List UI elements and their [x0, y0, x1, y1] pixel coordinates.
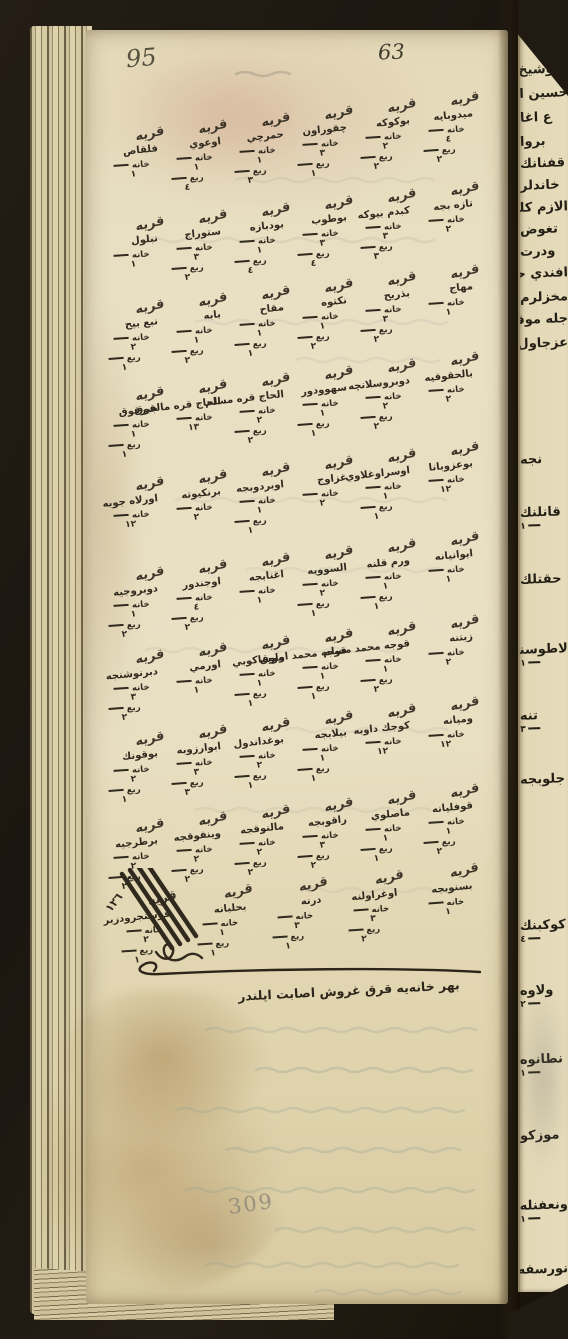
right-page-line-text: افندي حضرتلرينه [520, 265, 568, 282]
hane-count: خانه٤ [418, 125, 465, 147]
right-page-sliver: با وشيخحسين اغاع اغابرواقفنانكخاندلرالاز… [518, 34, 568, 1292]
hane-count: خانه٣ [330, 905, 390, 927]
register-cell: قريهميدوبايهخانه٤ريع٢ [419, 95, 480, 166]
stain-right-page [518, 984, 568, 1174]
tally-marks: ١٢٦ [106, 868, 216, 978]
hane-value: ١٢ [104, 520, 137, 532]
register-cell: قريهراقوبجهخانه٣ريع٢ [293, 801, 354, 872]
register-cell: قريهالسوويهخانه٢ريع١ [293, 549, 354, 620]
right-page-line: ع اغا [520, 109, 568, 126]
hane-count: خانه٣ [292, 139, 339, 161]
rue-count: ريع٢ [355, 413, 393, 434]
hane-count: خانه١ [229, 669, 276, 691]
hane-count: خانه٣ [292, 831, 339, 853]
right-page-line: تغوض [520, 221, 568, 238]
register-row: قريهبوعزوباناخانه١٢قريهاوسراوغلاويخانه١ر… [104, 445, 480, 516]
right-page-line: الازم كلكله [520, 199, 568, 216]
right-page-line-text: قفنانك [520, 155, 566, 172]
register-cell: قريهبوعزوباناخانه١٢ [419, 445, 480, 495]
rue-count: ريع٣ [355, 243, 393, 264]
hane-count: خانه٢ [292, 579, 339, 601]
register-cell: قريهاوعويخانه١ريع٤ [167, 123, 228, 194]
register-cell: قريهالحاج قره مسلمخانه٢ريع٢ [230, 376, 291, 447]
right-page-line-text: نورسفه [520, 1261, 568, 1278]
hane-count: خانه٢ [418, 648, 465, 670]
register-cell: قريهالحاج قره مالقوقخانه١٣ [167, 383, 228, 433]
book-scan: 95 63 قريهميدوبايهخانه٤ريع٢قريهبوكوكهخان… [0, 0, 568, 1339]
register-cell: قريهبودبازهخانه١ريع٤ [230, 206, 291, 277]
register-cell: قريهتازه بجهخانه٢ [419, 185, 480, 235]
right-page-line: ونعفنله١ [520, 1197, 568, 1225]
register-cell: قريهاغنابجهخانه١ [230, 556, 291, 606]
rue-value: ٢ [419, 156, 443, 167]
register-cell: قريهدوبروسلانچهخانه٢ريع٢ [356, 362, 417, 433]
rue-count: ريع٢ [292, 333, 330, 354]
rue-count: ريع٢ [418, 146, 456, 167]
hane-count: خانه١ [103, 420, 150, 442]
hane-value: ١ [104, 170, 137, 182]
hane-count: خانه١ [292, 399, 339, 421]
right-page-line: حقتلك [520, 571, 568, 588]
register-cell: قريهفلقاصخانه١ [104, 130, 165, 180]
right-page-line: نورسفه [520, 1261, 568, 1278]
register-cell: قريهقوجه محمد اولوقخانه١ريع١ [293, 632, 354, 703]
rue-count: ريع١ [355, 593, 393, 614]
hane-count: خانه٤ [166, 593, 213, 615]
rue-value: ١ [293, 170, 317, 181]
register-cell: قريهدرنهخانه٣ريع١ [255, 882, 329, 953]
right-page-line-text: عزجاول [520, 335, 568, 352]
hane-value: ١٢ [356, 747, 389, 759]
hane-count: خانه٣ [255, 912, 315, 934]
hane-count: خانه١ [229, 496, 276, 518]
register-cell: قريهبوغداندولخانه٢ريع١ [230, 721, 291, 792]
hane-count: خانه١٢ [355, 737, 402, 759]
rue-count: ريع١ [292, 160, 330, 181]
hane-value: ١ [406, 908, 451, 921]
right-page-line: جلوبجه [520, 771, 568, 788]
hane-count: خانه١ [406, 898, 466, 920]
register-cell: قريهاوغراولنهخانه٣ريع٢ [331, 875, 405, 946]
hane-count: خانه٢ [103, 765, 150, 787]
register-row: قريهقوفليانهخانه١ريع٢قريهماصلويخانه١ريع١… [104, 787, 480, 858]
hane-count: خانه٢ [418, 215, 465, 237]
register-cell: قريهبرنكيوتهخانه٢ [167, 473, 228, 523]
hane-count: خانه٣ [355, 222, 402, 244]
right-page-line-text: تنه [520, 708, 539, 724]
register-cell: قريهبسنوبجهخانه١ [406, 868, 480, 918]
register-row: قريهزيتنهخانه٢قريهقوجه محمد مسلمخانه١ريع… [104, 618, 480, 689]
hane-count: خانه٢ [292, 489, 339, 511]
rue-value: ٢ [356, 423, 380, 434]
register-cell: قريهقوجه محمد مسلمخانه١ريع٢ [356, 625, 417, 696]
gutter-shadow [498, 0, 520, 1339]
tally-strokes-icon [106, 868, 216, 978]
rue-value: ١ [356, 603, 380, 614]
right-page-line-text: بروا [520, 134, 546, 150]
right-page-line-text: ونعفنله [520, 1197, 568, 1214]
right-page-line-text: جلوبجه [520, 771, 565, 788]
right-page-line-text: حقتلك [520, 571, 562, 587]
hane-count: خانه١ [355, 482, 402, 504]
rue-count: ريع١ [292, 420, 330, 441]
rue-value: ٢ [356, 336, 380, 347]
rue-count: ريع٢ [330, 926, 381, 948]
register-row: قريهوميانهخانه١٢قريهكوجك داوبهخانه١٢قريه… [104, 700, 480, 771]
register-cell: قريهنكتوهخانه١ريع٢ [293, 282, 354, 353]
right-page-line-count: ٤ [520, 933, 568, 945]
hane-count: خانه١ [355, 824, 402, 846]
register-cell: قريهكوجك داوبهخانه١٢ [356, 707, 417, 757]
hane-value: ٢ [167, 513, 200, 525]
register-cell: قريهايوانيانهخانه١ [419, 535, 480, 585]
hane-count: خانه١ [229, 146, 276, 168]
right-page-line: قانلنك١ [520, 504, 568, 532]
rue-count: ريع٢ [355, 676, 393, 697]
rue-value: ٣ [356, 253, 380, 264]
register-cell: قريهحمرچيخانه١ريع٣ [230, 116, 291, 187]
hane-value: ١٢ [419, 740, 452, 752]
right-page-line: قفنانك [520, 155, 568, 172]
hane-count: خانه٣ [292, 229, 339, 251]
register-cell: قريهاورميخانه١ [167, 646, 228, 696]
rue-count: ريع٢ [355, 153, 393, 174]
hane-count: خانه٢ [166, 845, 213, 867]
right-page-line-count: ١ [520, 1213, 568, 1225]
right-page-line-text: الازم كلكله [520, 199, 568, 216]
hane-count: خانه١ [166, 153, 213, 175]
hane-count: خانه٢ [103, 333, 150, 355]
hane-count: خانه١ [355, 655, 402, 677]
hane-value: ١ [419, 308, 452, 320]
right-page-line-text: نجه [520, 452, 543, 468]
hane-count: خانه٢ [355, 392, 402, 414]
right-page-line: عزجاول [520, 335, 568, 352]
register-cell: قريهسهوودورخانه١ريع١ [293, 369, 354, 440]
hane-value: ٢ [419, 395, 452, 407]
register-cell: قريهمهاجخانه١ [419, 268, 480, 318]
rue-count: ريع١ [355, 845, 393, 866]
register-row: قريهايوانيانهخانه١قريهورم قلنهخانه١ريع١ق… [104, 535, 480, 606]
right-page-line-text: خاندلر [520, 177, 560, 193]
right-page-line-count: ١ [520, 520, 568, 532]
rue-value: ١ [356, 513, 380, 524]
hane-value: ١٢ [419, 485, 452, 497]
hane-count: خانه٣ [166, 243, 213, 265]
rue-value: ١ [293, 430, 317, 441]
register-cell: قريهچقوراونخانه٣ريع١ [293, 109, 354, 180]
hane-count: خانه١ [418, 298, 465, 320]
hane-value: ٢ [419, 658, 452, 670]
hane-count: خانه١ [103, 160, 150, 182]
hane-count: خانه١ [292, 662, 339, 684]
rue-count: ريع٢ [355, 326, 393, 347]
hane-count: خانه٢ [229, 406, 276, 428]
hane-count: خانه٢ [418, 385, 465, 407]
hane-value: ١ [230, 596, 263, 608]
rue-value: ٢ [293, 343, 317, 354]
hane-count: خانه٢ [229, 838, 276, 860]
rue-value: ٢ [356, 686, 380, 697]
village-register: قريهميدوبايهخانه٤ريع٢قريهبوكوكهخانه٢ريع٢… [104, 30, 480, 1304]
right-page-line-text: قانلنك [520, 504, 561, 520]
hane-value: ١ [419, 575, 452, 587]
register-cell: قريهبذريحخانه٣ريع٢ [356, 275, 417, 346]
right-page-line: مخزلرم [520, 289, 568, 306]
hane-count: خانه١٢ [103, 510, 150, 532]
register-cell: قريهورم قلنهخانه١ريع١ [356, 542, 417, 613]
right-page-line-text: ودرت [520, 244, 556, 260]
right-page-line: بروا [520, 133, 568, 150]
right-page-line-text: حسين اغا [520, 85, 568, 102]
right-page-line-count: ١ [520, 657, 568, 669]
rue-value: ٢ [356, 163, 380, 174]
right-page-line-text: مخزلرم [520, 289, 568, 306]
hane-count: خانه١٣ [166, 413, 213, 435]
right-page-line-text: تغوض [520, 222, 558, 238]
hane-value: ١٣ [167, 423, 200, 435]
register-row: قريهتازه بجهخانه٢قريهكبدم بيوكهخانه٣ريع٣… [104, 185, 480, 256]
rue-value: ١ [356, 855, 380, 866]
right-page-line-count: ٣ [520, 723, 568, 735]
hane-value: ٢ [419, 225, 452, 237]
register-cell: قريهاورلاه جوبهخانه١٢ [104, 480, 165, 530]
right-page-line-text: كوكبنك [520, 917, 566, 934]
rue-count: ريع١ [292, 765, 330, 786]
hane-count: خانه٢ [166, 503, 213, 525]
register-cell: قريهبالحقوقيهخانه٢ [419, 355, 480, 405]
rue-value: ٢ [419, 848, 443, 859]
register-row: قريهبالحقوقيهخانه٢قريهدوبروسلانچهخانه٢ري… [104, 355, 480, 426]
hane-count: خانه٢ [229, 751, 276, 773]
register-row: قريهمهاجخانه١قريهبذريحخانه٣ريع٢قريهنكتوه… [104, 268, 480, 339]
rue-count: ريع١ [355, 503, 393, 524]
rue-count: ريع٢ [418, 838, 456, 859]
register-cell: قريهغزاوجخانه٢ [293, 459, 354, 509]
hane-count: خانه١ [355, 572, 402, 594]
hane-count: خانه١ [229, 586, 276, 608]
right-page-line-text: ع اغا [520, 110, 552, 126]
right-page-line-text: جله موقتله [520, 311, 568, 328]
hane-count: خانه١ [166, 676, 213, 698]
right-page-line: افندي حضرتلرينه [520, 265, 568, 282]
register-cell: قريهكبدم بيوكهخانه٣ريع٣ [356, 192, 417, 263]
right-page-line: كوكبنك٤ [520, 917, 568, 945]
register-cell: قريهبوطوبخانه٣ريع٤ [293, 199, 354, 270]
register-cell: قريهبيلابجهخانه١ريع١ [293, 714, 354, 785]
hane-count: خانه٣ [355, 305, 402, 327]
right-page-line: تنه٣ [520, 707, 568, 735]
hane-count: خانه١ [229, 236, 276, 258]
register-cell: قريهزيتنهخانه٢ [419, 618, 480, 668]
hane-count: خانه٣ [166, 758, 213, 780]
page-edges-left [30, 26, 92, 1314]
left-page: 95 63 قريهميدوبايهخانه٤ريع٢قريهبوكوكهخان… [86, 30, 508, 1304]
right-page-line: جله موقتله [520, 311, 568, 328]
register-cell: قريهنبلولخانه١ [104, 220, 165, 270]
right-page-line: ودرت [520, 243, 568, 260]
hane-value: ٢ [293, 499, 326, 511]
hane-count: خانه١ [418, 817, 465, 839]
hane-count: خانه٢ [355, 132, 402, 154]
hane-count: خانه١ [166, 326, 213, 348]
register-cell: قريهقوفليانهخانه١ريع٢ [419, 787, 480, 858]
register-row: قريهميدوبايهخانه٤ريع٢قريهبوكوكهخانه٢ريع٢… [104, 95, 480, 166]
hane-count: خانه١٢ [418, 730, 465, 752]
register-cell: قريهبوكوكهخانه٢ريع٢ [356, 102, 417, 173]
hane-count: خانه١ [292, 312, 339, 334]
right-page-line: حسين اغا [520, 85, 568, 102]
rue-value: ٢ [331, 936, 367, 948]
hane-value: ١ [167, 686, 200, 698]
right-page-line: خاندلر [520, 177, 568, 194]
register-cell: قريهاوبردوبجهخانه١ريع١ [230, 466, 291, 537]
hane-count: خانه١٢ [418, 475, 465, 497]
right-page-line-text: لاطوسنه [520, 641, 568, 658]
register-cell: قريهوميانهخانه١٢ [419, 700, 480, 750]
register-cell: قريهمقاحخانه١ريع١ [230, 289, 291, 360]
hane-count: خانه١ [292, 744, 339, 766]
hane-count: خانه١ [229, 319, 276, 341]
right-page-line: نجه [520, 451, 568, 468]
rue-value: ١ [293, 775, 317, 786]
register-cell: قريهاوسراوغلاويخانه١ريع١ [356, 452, 417, 523]
register-cell: قريهماصلويخانه١ريع١ [356, 794, 417, 865]
hane-count: خانه١ [418, 565, 465, 587]
right-page-line: لاطوسنه١ [520, 641, 568, 669]
